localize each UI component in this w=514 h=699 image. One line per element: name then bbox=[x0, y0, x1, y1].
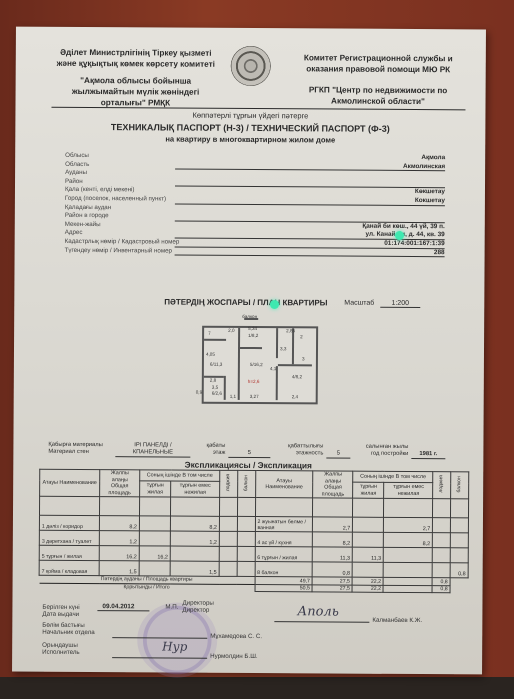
issue-date-label: Берілген күніДата выдачи bbox=[42, 604, 79, 618]
plan-label: 5/16,2 bbox=[250, 362, 263, 367]
cell-nonliving: 1,5 bbox=[170, 561, 219, 576]
plan-label: балкон bbox=[242, 314, 257, 319]
col-total: Жалпы алаңы Общая площадь bbox=[313, 471, 353, 498]
field-label: Область bbox=[65, 160, 89, 167]
technical-passport-document: Әділет Министрлігінің Тіркеу қызметі жән… bbox=[12, 27, 486, 675]
col-loggia: лоджия bbox=[220, 470, 238, 497]
cell-balcony bbox=[237, 546, 255, 561]
year-built-value: 1981 г. bbox=[411, 451, 445, 459]
director-signature: Аполь bbox=[297, 604, 338, 619]
col-living: тұрғын жилая bbox=[353, 482, 384, 498]
header-left-org: Әділет Министрлігінің Тіркеу қызметі жән… bbox=[35, 47, 235, 109]
cell-balcony bbox=[237, 531, 255, 546]
plan-label: 4,1 bbox=[270, 366, 276, 371]
cell-total: 8,2 bbox=[313, 532, 353, 547]
cell-loggia bbox=[433, 533, 451, 548]
cell-living: 16,2 bbox=[139, 546, 170, 561]
plan-label: 3 bbox=[302, 356, 305, 361]
field-label: Адрес bbox=[65, 229, 83, 236]
plan-label: 3,5 bbox=[212, 385, 218, 390]
plan-label: 6/11,3 bbox=[210, 362, 222, 367]
field-value: Көкшетау bbox=[415, 188, 445, 195]
room-name: 3 дәретхана / туалет bbox=[39, 530, 99, 545]
cell-total: 1,2 bbox=[99, 531, 139, 546]
floors-count-label: қабаттылығыэтажность bbox=[283, 443, 323, 457]
cell-loggia bbox=[433, 518, 451, 533]
field-row: Түгендеу нөмір / Инвентарный номер288 bbox=[65, 246, 445, 257]
header-right-org-line: РГКП "Центр по недвижимости по bbox=[286, 84, 471, 96]
room-name: 8 балкон bbox=[255, 562, 313, 577]
cell-nonliving: 8,2 bbox=[384, 532, 433, 547]
director-name: Калманбаев К.Ж. bbox=[372, 617, 422, 624]
cell-nonliving: 8,2 bbox=[171, 516, 220, 531]
floor-value: 5 bbox=[228, 450, 270, 458]
director-label: ДиректорыДиректор bbox=[182, 600, 213, 614]
plan-label: 3,3 bbox=[280, 346, 286, 351]
year-built-label: салынған жылыгод постройки bbox=[358, 444, 408, 458]
col-nonliving: тұрғын емес нежилая bbox=[384, 482, 433, 498]
room-name: 5 тұрғын / жилая bbox=[39, 545, 99, 560]
plan-label: 5,34 bbox=[248, 326, 257, 331]
col-name: Атауы Наименование bbox=[255, 471, 313, 498]
cell-loggia bbox=[219, 561, 237, 576]
field-value: ул. Канай би, д. 44, кв. 39 bbox=[365, 231, 444, 238]
cell-balcony bbox=[237, 561, 255, 576]
plan-label: 1/8,2 bbox=[248, 333, 258, 338]
col-name: Атауы Наименование bbox=[40, 469, 100, 496]
cell-total: 2,7 bbox=[313, 517, 353, 532]
room-name: 4 ас үй / кухня bbox=[255, 532, 313, 547]
cell-living bbox=[352, 562, 383, 577]
explication-table: Атауы Наименование Жалпы алаңы Общая пло… bbox=[39, 469, 470, 594]
cell-total: 50,5 bbox=[255, 584, 313, 592]
document-title: ТЕХНИКАЛЫҚ ПАСПОРТ (Н-3) / ТЕХНИЧЕСКИЙ П… bbox=[15, 122, 485, 135]
cell-total: 8,2 bbox=[99, 516, 139, 531]
field-value: Акмолинская bbox=[403, 163, 445, 170]
cell-balcony: 0,8 bbox=[432, 578, 450, 586]
subtitle-ru: на квартиру в многоквартирном жилом доме bbox=[15, 134, 485, 146]
floor-plan: 7 5,34 1/8,2 2,0 2 2,85 4,05 6/11,3 3,3 … bbox=[202, 314, 319, 405]
cell-nonliving bbox=[384, 547, 433, 562]
property-fields: ОблысыАқмолаОбластьАкмолинскаяАуданыРайо… bbox=[65, 152, 446, 257]
floor-label: қабатыэтаж bbox=[203, 443, 225, 457]
scale-value: 1:200 bbox=[380, 300, 420, 308]
col-loggia: лоджия bbox=[433, 472, 451, 499]
plan-label: 2,8 bbox=[210, 378, 216, 383]
col-living: тұрғын жилая bbox=[140, 481, 171, 497]
room-name: 7 қойма / кладовая bbox=[39, 560, 99, 575]
header-right-line: оказания правовой помощи МЮ РК bbox=[286, 63, 471, 75]
plan-label: 2,4 bbox=[292, 394, 298, 399]
floors-count-value: 5 bbox=[326, 450, 350, 458]
plan-label: 1,1 bbox=[230, 394, 236, 399]
executor-label: ОрындаушыИсполнитель bbox=[42, 642, 80, 656]
scale-label: Масштаб bbox=[344, 300, 374, 307]
head-of-department-name: Мұхамедова С. С. bbox=[210, 633, 262, 640]
field-value: Кокшетау bbox=[415, 197, 445, 204]
seal-mark: М.П. bbox=[165, 603, 178, 610]
building-materials-row: Қабырға материалыМатериал стен ІРІ ПАНЕЛ… bbox=[38, 439, 478, 462]
cell-total: 0,8 bbox=[312, 562, 352, 577]
subtitle-kz: Көппәтерлі тұрғын үйдегі пәтерге bbox=[15, 110, 485, 122]
totals-row: Қорытынды / Итого 50,5 27,5 22,2 0,8 bbox=[39, 583, 468, 593]
col-balcony: балкон bbox=[237, 470, 255, 497]
cell-living bbox=[139, 516, 170, 531]
cell-balcony bbox=[450, 518, 468, 533]
header-right-org-line: Акмолинской области" bbox=[285, 95, 470, 107]
field-label: Район в городе bbox=[65, 212, 109, 219]
room-name: 1 дәліз / коридор bbox=[39, 515, 99, 530]
plan-label: 7 bbox=[208, 331, 211, 336]
plan-label: 3,27 bbox=[250, 394, 259, 399]
field-label: Облысы bbox=[65, 152, 89, 159]
head-of-department-label: Бөлім бастығыНачальник отдела bbox=[42, 622, 94, 636]
state-emblem-icon bbox=[231, 46, 271, 86]
plan-title: ПӘТЕРДІҢ ЖОСПАРЫ / ПЛАН КВАРТИРЫ bbox=[164, 297, 327, 307]
cell-living bbox=[139, 561, 170, 576]
issue-date-value: 09.04.2012 bbox=[102, 603, 134, 610]
cell-loggia bbox=[433, 548, 451, 563]
cell-nonliving bbox=[384, 562, 433, 577]
field-label: Қала (кенті, елді мекені) bbox=[65, 186, 135, 193]
col-total: Жалпы алаңы Общая площадь bbox=[100, 470, 140, 497]
plan-label: 0,9 bbox=[196, 390, 202, 395]
total-label: Қорытынды / Итого bbox=[39, 583, 255, 592]
cell-nonliving: 2,7 bbox=[384, 517, 433, 532]
cell-living bbox=[353, 517, 384, 532]
cell-living bbox=[353, 532, 384, 547]
field-label: Ауданы bbox=[65, 169, 87, 176]
field-value: Ақмола bbox=[421, 154, 445, 161]
background-floor bbox=[0, 677, 514, 699]
field-label: Қаладағы аудан bbox=[65, 203, 111, 210]
cell-loggia bbox=[219, 546, 237, 561]
plan-label: 4,05 bbox=[206, 352, 215, 357]
cell-balcony: 0,8 bbox=[432, 585, 450, 593]
cell-balcony: 0,8 bbox=[450, 563, 468, 578]
cell-balcony bbox=[450, 548, 468, 563]
room-name: 2 жуынатын бөлме / ванная bbox=[255, 517, 313, 532]
field-label: Түгендеу нөмір / Инвентарный номер bbox=[65, 246, 172, 254]
cell-living bbox=[139, 531, 170, 546]
cell-total: 1,5 bbox=[99, 561, 139, 576]
field-label: Мекен-жайы bbox=[65, 221, 101, 228]
plan-label: 4/8,2 bbox=[292, 374, 302, 379]
plan-label: 2,85 bbox=[286, 328, 295, 333]
executor-signature: Нур bbox=[162, 639, 187, 653]
col-incl: Соның ішінде В том числе bbox=[353, 471, 433, 482]
cell-loggia bbox=[432, 563, 450, 578]
field-value: Қанай би көш., 44 үй, 39 п. bbox=[362, 222, 444, 230]
plan-height-label: h=2,6 bbox=[248, 379, 260, 384]
cell-nonliving: 22,2 bbox=[352, 585, 383, 593]
wall-material-label: Қабырға материалыМатериал стен bbox=[48, 442, 102, 456]
field-value: 288 bbox=[434, 249, 445, 256]
col-balcony: балкон bbox=[451, 472, 469, 499]
plan-label: 2 bbox=[300, 334, 303, 339]
scale: Масштаб1:200 bbox=[344, 300, 420, 308]
field-label: Район bbox=[65, 178, 83, 185]
plan-label: 2,0 bbox=[228, 328, 234, 333]
cell-living: 27,5 bbox=[312, 584, 352, 592]
cell-loggia bbox=[219, 516, 237, 531]
cell-total: 16,2 bbox=[99, 546, 139, 561]
cell-loggia bbox=[219, 531, 237, 546]
header-right-org: Комитет Регистрационной службы и оказани… bbox=[285, 52, 470, 107]
header-left-line: және құқықтық көмек көрсету комитеті bbox=[36, 58, 236, 70]
plan-label: 6/2,6 bbox=[212, 391, 222, 396]
executor-name: Нурмолдин Б.Ш. bbox=[210, 653, 258, 660]
field-label: Кадастрлық нөмір / Кадастровый номер bbox=[65, 238, 180, 246]
cell-living: 11,3 bbox=[353, 547, 384, 562]
light-reflection bbox=[395, 231, 404, 240]
field-value: 01:174:001:167:1:39 bbox=[384, 240, 444, 247]
cell-total: 11,3 bbox=[313, 547, 353, 562]
col-incl: Соның ішінде В том числе bbox=[140, 470, 220, 481]
cell-nonliving bbox=[170, 546, 219, 561]
cell-balcony bbox=[237, 516, 255, 531]
wall-material-value: ІРІ ПАНЕЛДІ /КПАНЕЛЬНЫЕ bbox=[115, 442, 190, 457]
light-reflection bbox=[270, 300, 279, 309]
col-nonliving: тұрғын емес нежилая bbox=[171, 481, 220, 497]
cell-nonliving: 1,2 bbox=[170, 531, 219, 546]
cell-loggia bbox=[383, 585, 432, 593]
cell-balcony bbox=[450, 533, 468, 548]
field-label: Город (поселок, населенный пункт) bbox=[65, 195, 166, 203]
room-name: 6 тұрғын / жилая bbox=[255, 547, 313, 562]
